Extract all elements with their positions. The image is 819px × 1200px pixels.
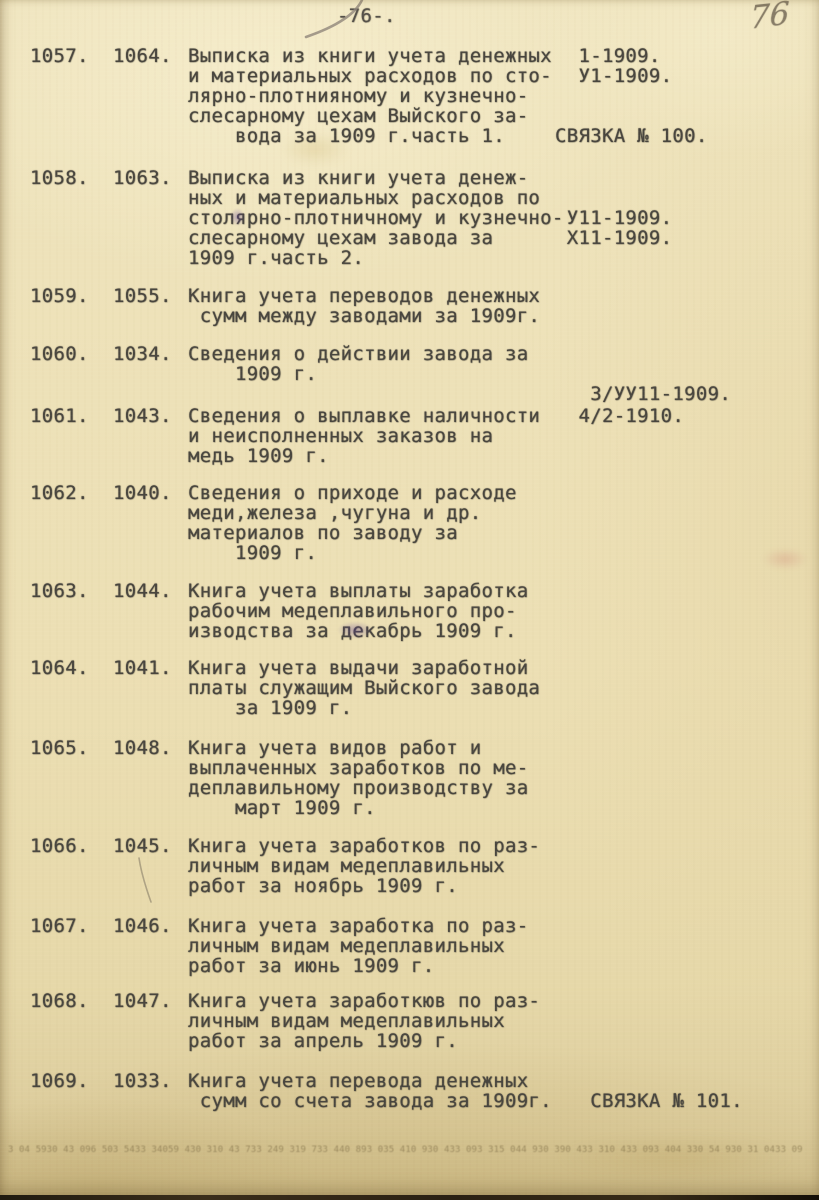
- entry-old-number: 1045.: [113, 836, 172, 856]
- entry-dates: У11-1909. Х11-1909.: [555, 168, 672, 248]
- entry-sequence-number: 1065.: [30, 738, 89, 758]
- entry-old-number: 1043.: [113, 406, 172, 426]
- entry-description: Книга учета переводов денежных сумм межд…: [188, 286, 540, 326]
- entry-old-number: 1046.: [113, 916, 172, 936]
- entry-dates: СВЯЗКА № 101.: [555, 1071, 743, 1111]
- entry-sequence-number: 1060.: [30, 344, 89, 364]
- entry-description: Сведения о действии завода за 1909 г.: [188, 344, 528, 384]
- entry-description: Книга учета заработкюв по раз- личным ви…: [188, 991, 540, 1051]
- entry-sequence-number: 1062.: [30, 483, 89, 503]
- entry-sequence-number: 1061.: [30, 406, 89, 426]
- entry-old-number: 1048.: [113, 738, 172, 758]
- pencil-strike-mark: [300, 0, 370, 45]
- entry-description: Книга учета выдачи заработной платы служ…: [188, 658, 540, 718]
- inventory-entry-list: 1057. 1064. Выписка из книги учета денеж…: [0, 0, 819, 1200]
- entry-old-number: 1047.: [113, 991, 172, 1011]
- entry-description: Книга учета заработка по раз- личным вид…: [188, 916, 528, 976]
- entry-old-number: 1040.: [113, 483, 172, 503]
- scanned-archive-page: -76-. 76 1057. 1064. Выписка из книги уч…: [0, 0, 819, 1200]
- entry-description: Сведения о приходе и расходе меди,железа…: [188, 483, 517, 563]
- entry-sequence-number: 1069.: [30, 1071, 89, 1091]
- entry-sequence-number: 1066.: [30, 836, 89, 856]
- entry-sequence-number: 1063.: [30, 581, 89, 601]
- entry-description: Сведения о выплавке наличности и неиспол…: [188, 406, 540, 466]
- entry-sequence-number: 1057.: [30, 46, 89, 66]
- entry-old-number: 1044.: [113, 581, 172, 601]
- entry-old-number: 1033.: [113, 1071, 172, 1091]
- entry-dates: 4/2-1910.: [555, 406, 684, 426]
- entry-old-number: 1064.: [113, 46, 172, 66]
- scan-bottom-edge: [0, 1195, 819, 1200]
- entry-description: Книга учета заработков по раз- личным ви…: [188, 836, 540, 896]
- entry-description: Книга учета выплаты заработка рабочим ме…: [188, 581, 528, 641]
- entry-description: Выписка из книги учета денежных и матери…: [188, 46, 552, 146]
- entry-old-number: 1034.: [113, 344, 172, 364]
- entry-dates: 3/УУ11-1909.: [555, 344, 731, 404]
- entry-sequence-number: 1067.: [30, 916, 89, 936]
- entry-description: Книга учета перевода денежных сумм со сч…: [188, 1071, 552, 1111]
- entry-description: Выписка из книги учета денеж- ных и мате…: [188, 168, 564, 268]
- entry-sequence-number: 1068.: [30, 991, 89, 1011]
- entry-description: Книга учета видов работ и выплаченных за…: [188, 738, 528, 818]
- entry-dates: 1-1909. У1-1909. СВЯЗКА № 100.: [555, 46, 708, 146]
- entry-sequence-number: 1064.: [30, 658, 89, 678]
- pencil-tick-mark: [136, 856, 154, 904]
- entry-sequence-number: 1058.: [30, 168, 89, 188]
- entry-old-number: 1055.: [113, 286, 172, 306]
- entry-old-number: 1041.: [113, 658, 172, 678]
- entry-sequence-number: 1059.: [30, 286, 89, 306]
- entry-old-number: 1063.: [113, 168, 172, 188]
- bleedthrough-text: 3 04 5930 43 096 503 5433 34059 430 310 …: [8, 1144, 812, 1157]
